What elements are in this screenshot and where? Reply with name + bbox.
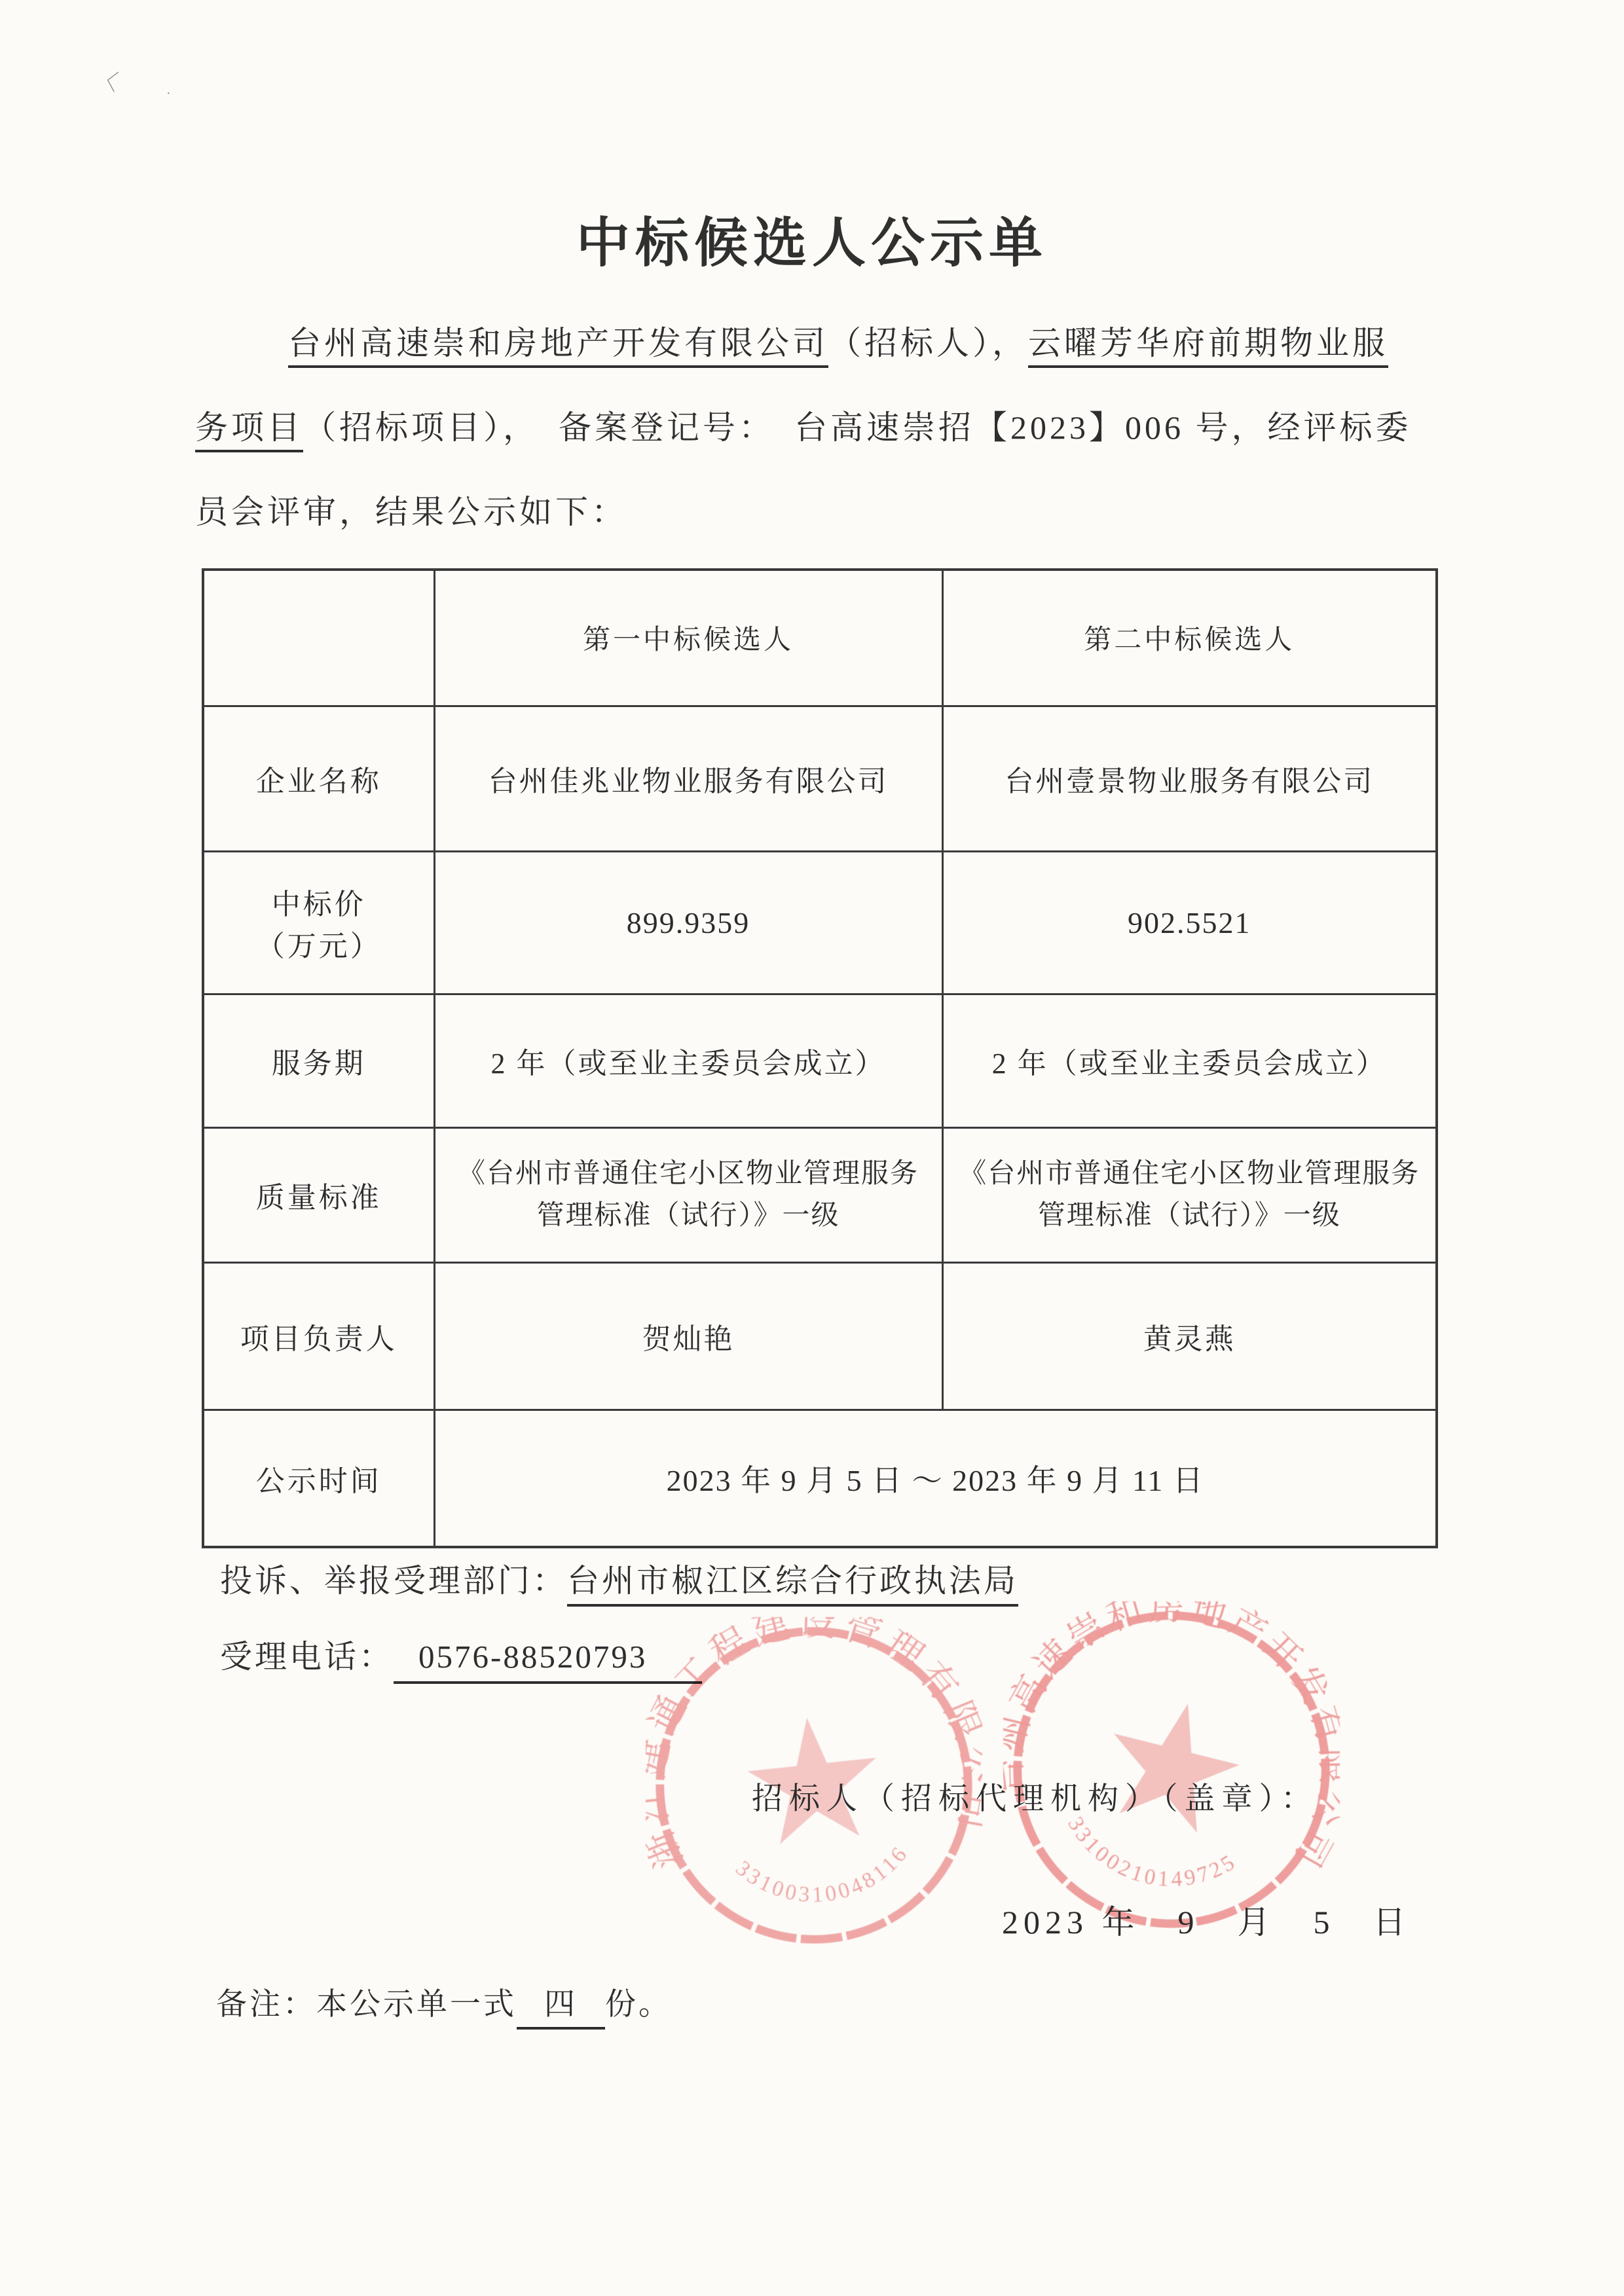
row-label-company: 企业名称 [203, 706, 434, 851]
company-seal-developer: 台州高速崇和房地产开发有限公司 33100210149725 [1003, 1601, 1340, 1938]
row-label-manager: 项目负责人 [203, 1262, 434, 1410]
intro-line-1: 台州高速崇和房地产开发有限公司（招标人），云曜芳华府前期物业服 [195, 301, 1439, 386]
row-label-quality: 质量标准 [203, 1127, 434, 1262]
phone-line: 受理电话：0576-88520793 [220, 1631, 702, 1677]
header-first-candidate: 第一中标候选人 [434, 570, 942, 706]
cell-service-second: 2 年（或至业主委员会成立） [942, 994, 1437, 1127]
table-header-row: 第一中标候选人 第二中标候选人 [203, 570, 1437, 706]
bidder-suffix: （招标人）， [828, 325, 1028, 361]
project-name-part1: 云曜芳华府前期物业服 [1028, 325, 1388, 368]
phone-label: 受理电话： [220, 1639, 394, 1675]
registration-number: （招标项目）， 备案登记号： 台高速崇招【2023】006 号，经评标委 [303, 409, 1412, 446]
note-suffix: 份。 [605, 1988, 672, 2022]
table-row-quality-standard: 质量标准 《台州市普通住宅小区物业管理服务管理标准（试行）》一级 《台州市普通住… [203, 1127, 1437, 1262]
table-row-company: 企业名称 台州佳兆业物业服务有限公司 台州壹景物业服务有限公司 [203, 706, 1437, 851]
scan-artifact: 〈 [92, 61, 120, 97]
header-empty-cell [203, 570, 434, 706]
scan-artifact: · [166, 86, 171, 101]
table-row-price: 中标价 （万元） 899.9359 902.5521 [203, 851, 1437, 994]
cell-price-first: 899.9359 [434, 851, 942, 994]
cell-manager-first: 贺灿艳 [434, 1262, 942, 1410]
cell-quality-second: 《台州市普通住宅小区物业管理服务管理标准（试行）》一级 [942, 1127, 1437, 1262]
document-page: 〈 · 中标候选人公示单 台州高速崇和房地产开发有限公司（招标人），云曜芳华府前… [0, 0, 1624, 2296]
complaint-label: 投诉、举报受理部门： [220, 1563, 567, 1599]
complaint-line: 投诉、举报受理部门：台州市椒江区综合行政执法局 [220, 1556, 1018, 1601]
intro-line-2: 务项目（招标项目）， 备案登记号： 台高速崇招【2023】006 号，经评标委 [195, 386, 1439, 470]
results-table: 第一中标候选人 第二中标候选人 企业名称 台州佳兆业物业服务有限公司 台州壹景物… [202, 568, 1438, 1548]
project-name-part2: 务项目 [195, 409, 303, 452]
intro-line-3: 员会评审，结果公示如下： [195, 470, 1439, 555]
table-row-publicity-period: 公示时间 2023 年 9 月 5 日 ～ 2023 年 9 月 11 日 [203, 1410, 1437, 1547]
seal-serial-number: 33100310048116 [729, 1839, 918, 1916]
note-line: 备注：本公示单一式四份。 [216, 1980, 672, 2024]
complaint-authority: 台州市椒江区综合行政执法局 [567, 1563, 1018, 1607]
table-row-service-period: 服务期 2 年（或至业主委员会成立） 2 年（或至业主委员会成立） [203, 994, 1437, 1127]
signature-line: 招标人（招标代理机构）（盖章）： [752, 1774, 1318, 1818]
cell-publicity-period: 2023 年 9 月 5 日 ～ 2023 年 9 月 11 日 [434, 1410, 1437, 1547]
table-row-project-manager: 项目负责人 贺灿艳 黄灵燕 [203, 1262, 1437, 1410]
row-label-price: 中标价 （万元） [203, 851, 434, 994]
cell-company-first: 台州佳兆业物业服务有限公司 [434, 706, 942, 851]
note-prefix: 备注：本公示单一式 [216, 1988, 517, 2022]
svg-text:33100310048116: 33100310048116 [729, 1839, 918, 1916]
cell-price-second: 902.5521 [942, 851, 1437, 994]
note-copy-count: 四 [517, 1988, 605, 2030]
page-title: 中标候选人公示单 [0, 200, 1624, 277]
cell-service-first: 2 年（或至业主委员会成立） [434, 994, 942, 1127]
bidder-name: 台州高速崇和房地产开发有限公司 [288, 325, 828, 368]
intro-paragraph: 台州高速崇和房地产开发有限公司（招标人），云曜芳华府前期物业服 务项目（招标项目… [195, 301, 1439, 555]
cell-quality-first: 《台州市普通住宅小区物业管理服务管理标准（试行）》一级 [434, 1127, 942, 1262]
row-label-publicity: 公示时间 [203, 1410, 434, 1547]
cell-company-second: 台州壹景物业服务有限公司 [942, 706, 1437, 851]
row-label-service-period: 服务期 [203, 994, 434, 1127]
header-second-candidate: 第二中标候选人 [942, 570, 1437, 706]
signature-date: 2023 年 9 月 5 日 [1002, 1896, 1411, 1943]
cell-manager-second: 黄灵燕 [942, 1262, 1437, 1410]
